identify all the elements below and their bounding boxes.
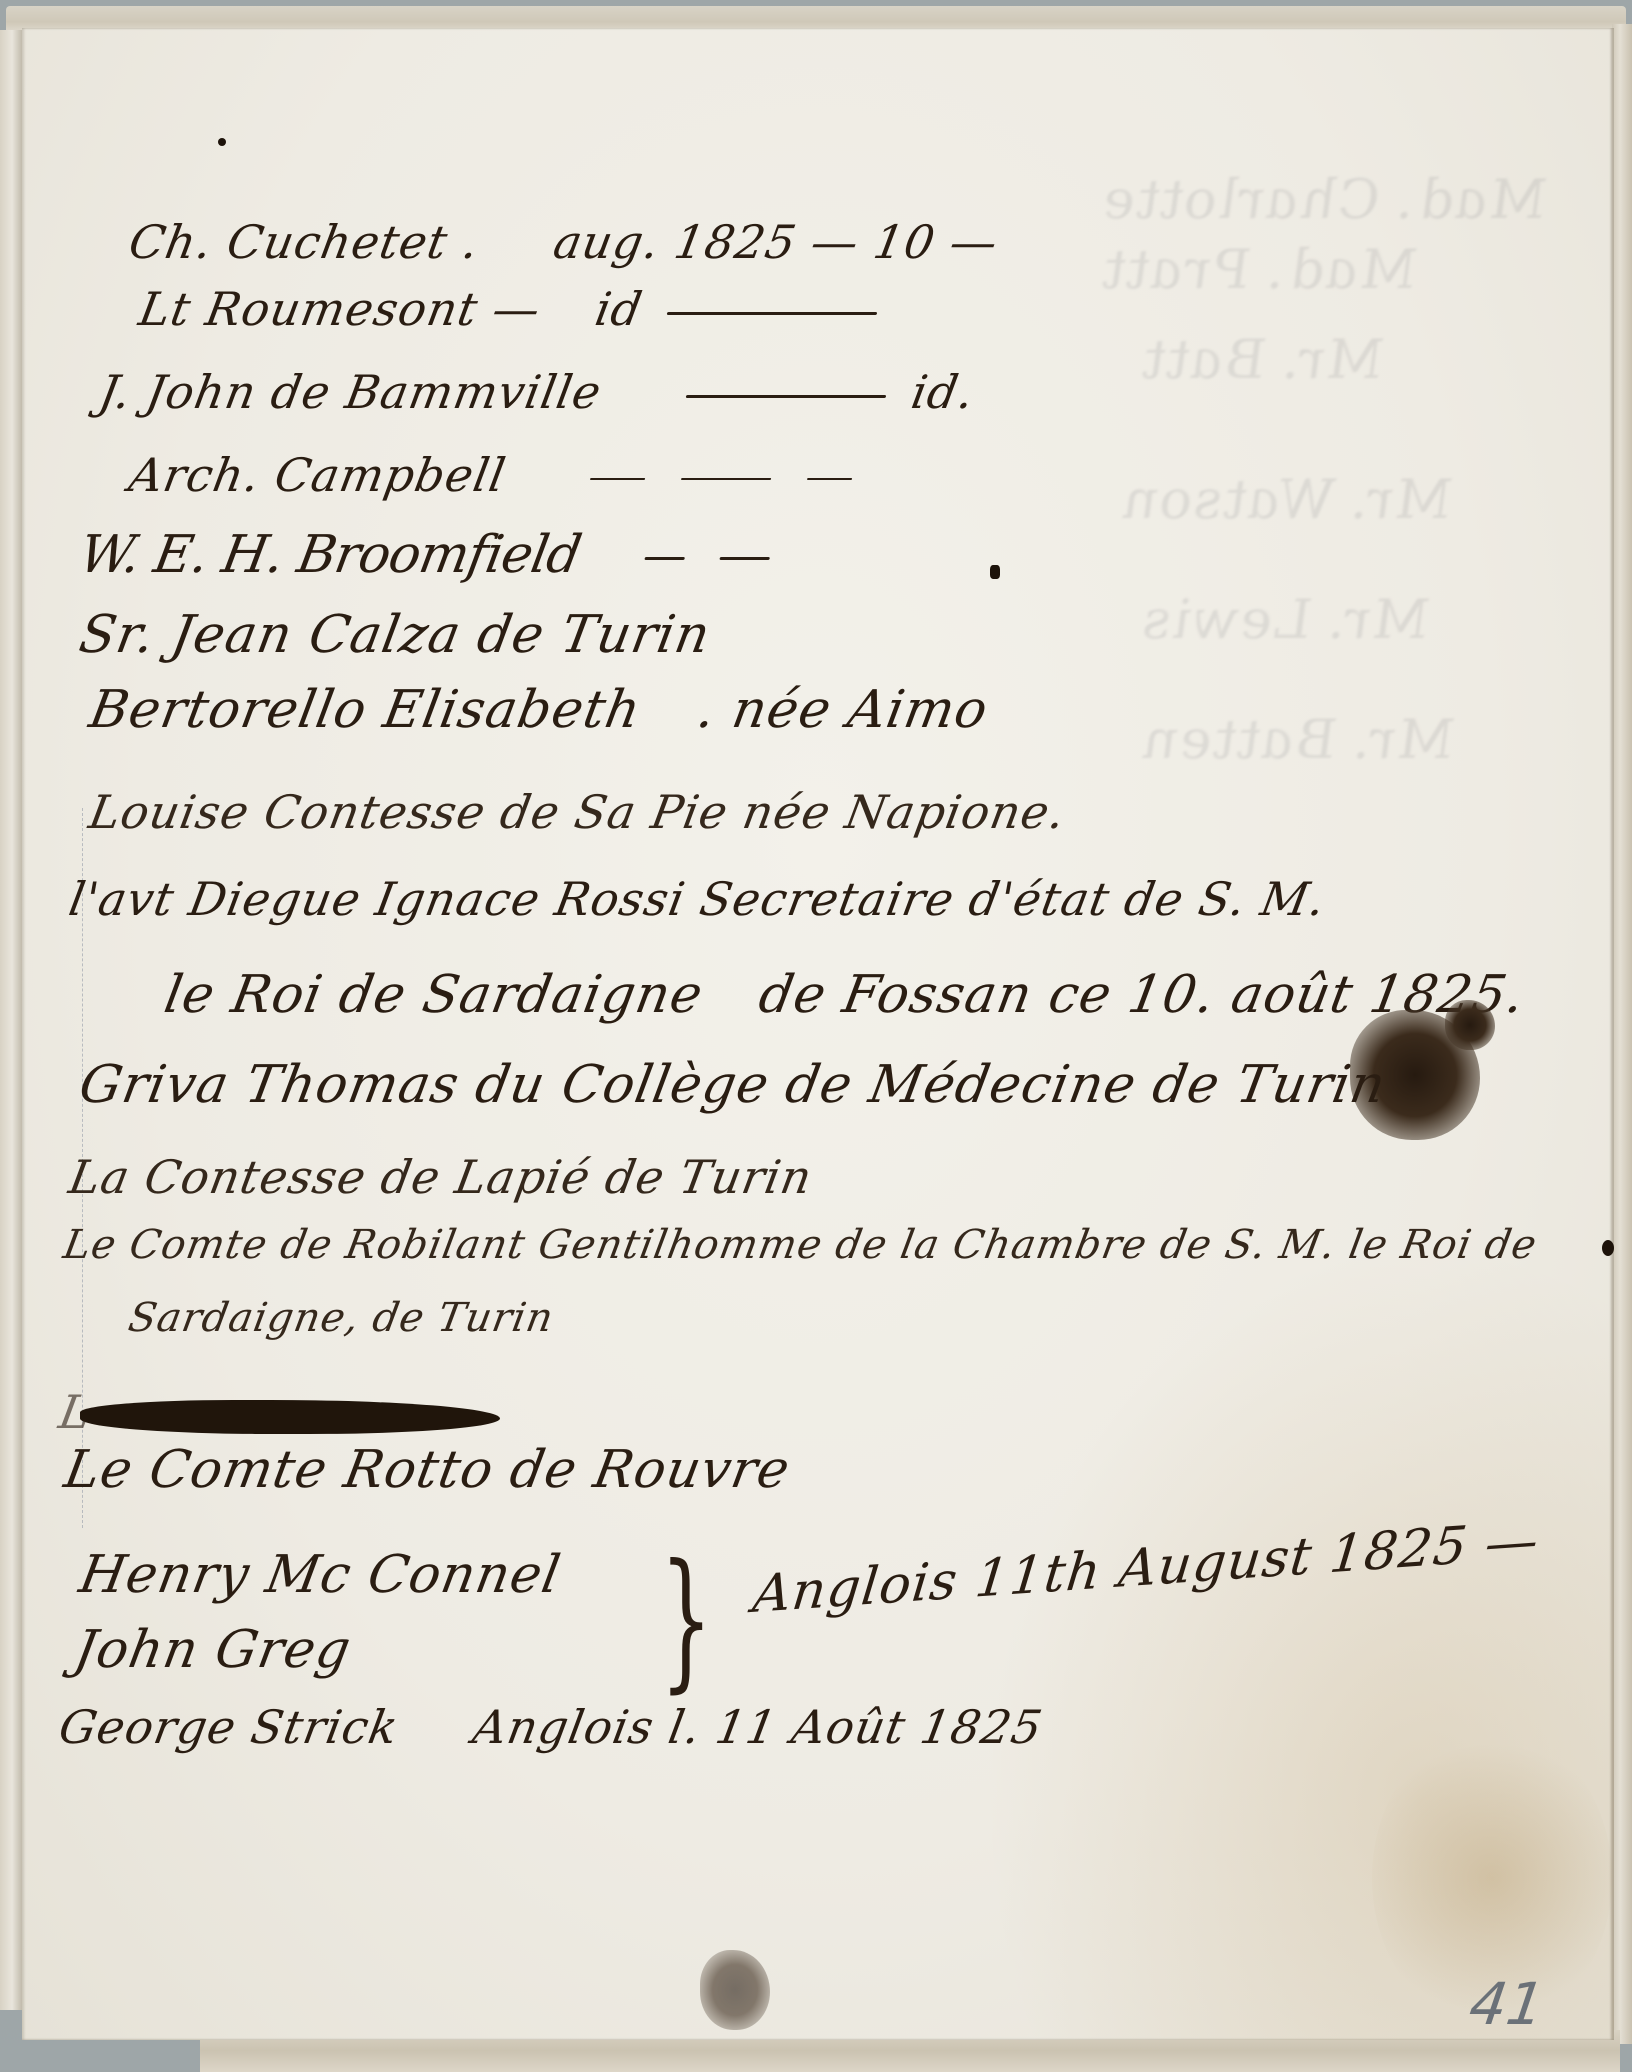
entry-name: Arch. Campbell [125,448,510,502]
page-stack-left-edge [0,30,24,2010]
entry-note: Anglois l. 11 Août 1825 [469,1700,1047,1754]
ditto-dash [806,478,851,480]
entry-name: Le Comte de Robilant Gentilhomme de la C… [60,1222,1541,1268]
struck-out-entry [80,1400,500,1434]
ghost-text: Mr. Lewis [1132,588,1439,651]
grouping-brace: } [660,1545,712,1695]
entry-name: La Contesse de Lapié de Turin [65,1150,817,1204]
entry-name: Le Comte Rotto de Rouvre [60,1440,795,1500]
entry-name: Lt Roumesont — [135,282,545,336]
entry-line-19: George Strick Anglois l. 11 Août 1825 [55,1700,1047,1754]
entry-name: Griva Thomas du Collège de Médecine de T… [75,1055,1391,1115]
entry-line-10: le Roi de Sardaigne de Fossan ce 10. aoû… [160,965,1530,1025]
entry-name: Sardaigne, de Turin [125,1295,557,1341]
page-stack-right-edge [1612,24,1632,2044]
ghost-text: Mad. Pratt [1092,238,1427,301]
entry-note: id [591,282,647,336]
entry-line-17: Henry Mc Connel [75,1545,565,1605]
entry-line-1: Ch. Cuchetet . aug. 1825 — 10 — [125,215,1002,269]
entry-note: aug. 1825 — 10 — [550,215,1003,269]
entry-line-7: Bertorello Elisabeth . née Aimo [85,680,993,740]
entry-line-4: Arch. Campbell [125,448,867,502]
entry-name: Bertorello Elisabeth [85,680,646,740]
entry-line-12: La Contesse de Lapié de Turin [65,1150,817,1204]
entry-name: W. E. H. Broomfield [75,525,585,585]
entry-name: Henry Mc Connel [75,1545,565,1605]
entry-line-6: Sr. Jean Calza de Turin [75,605,715,665]
entry-name: J. John de Bammville [95,365,606,419]
entry-line-3: J. John de Bammville id. [95,365,979,419]
ink-smudge [700,1950,770,2030]
ghost-text: Mr. Watson [1112,468,1462,531]
entry-line-18: John Greg [70,1620,356,1680]
entry-name: Ch. Cuchetet . [125,215,483,269]
ink-dot [218,138,226,146]
ditto-dash [590,478,645,480]
ghost-text: Mr. Batten [1132,708,1464,771]
entry-line-2: Lt Roumesont — id [135,282,892,336]
entry-line-14: Sardaigne, de Turin [125,1295,557,1341]
ditto-dash [644,557,685,560]
entry-line-11: Griva Thomas du Collège de Médecine de T… [75,1055,1391,1115]
entry-note: id. [907,365,978,419]
ink-blot [1445,1000,1495,1050]
entry-note: . née Aimo [693,680,993,740]
ditto-dash [681,478,771,480]
entry-line-8: Louise Contesse de Sa Pie née Napione. [85,785,1070,839]
entry-line-5: W. E. H. Broomfield [75,525,786,585]
ghost-text: Mad. Charlotte [1092,168,1556,231]
entry-name: George Strick [55,1700,403,1754]
ditto-dash [720,557,771,560]
page-number: 41 [1465,1970,1548,2038]
ink-mark [990,565,1000,579]
entry-name: Louise Contesse de Sa Pie née Napione. [85,785,1070,839]
ink-dot [1602,1240,1614,1256]
entry-name: le Roi de Sardaigne [160,965,708,1025]
entry-line-13: Le Comte de Robilant Gentilhomme de la C… [60,1222,1541,1268]
entry-line-9: l'avt Diegue Ignace Rossi Secretaire d'é… [65,872,1330,926]
ghost-text: Mr. Batt [1132,328,1393,391]
entry-line-16: Le Comte Rotto de Rouvre [60,1440,795,1500]
entry-name: John Greg [70,1620,356,1680]
entry-name: l'avt Diegue Ignace Rossi Secretaire d'é… [65,872,1330,926]
ditto-dash [667,312,878,315]
entry-name: Sr. Jean Calza de Turin [75,605,715,665]
ditto-dash [686,395,887,398]
